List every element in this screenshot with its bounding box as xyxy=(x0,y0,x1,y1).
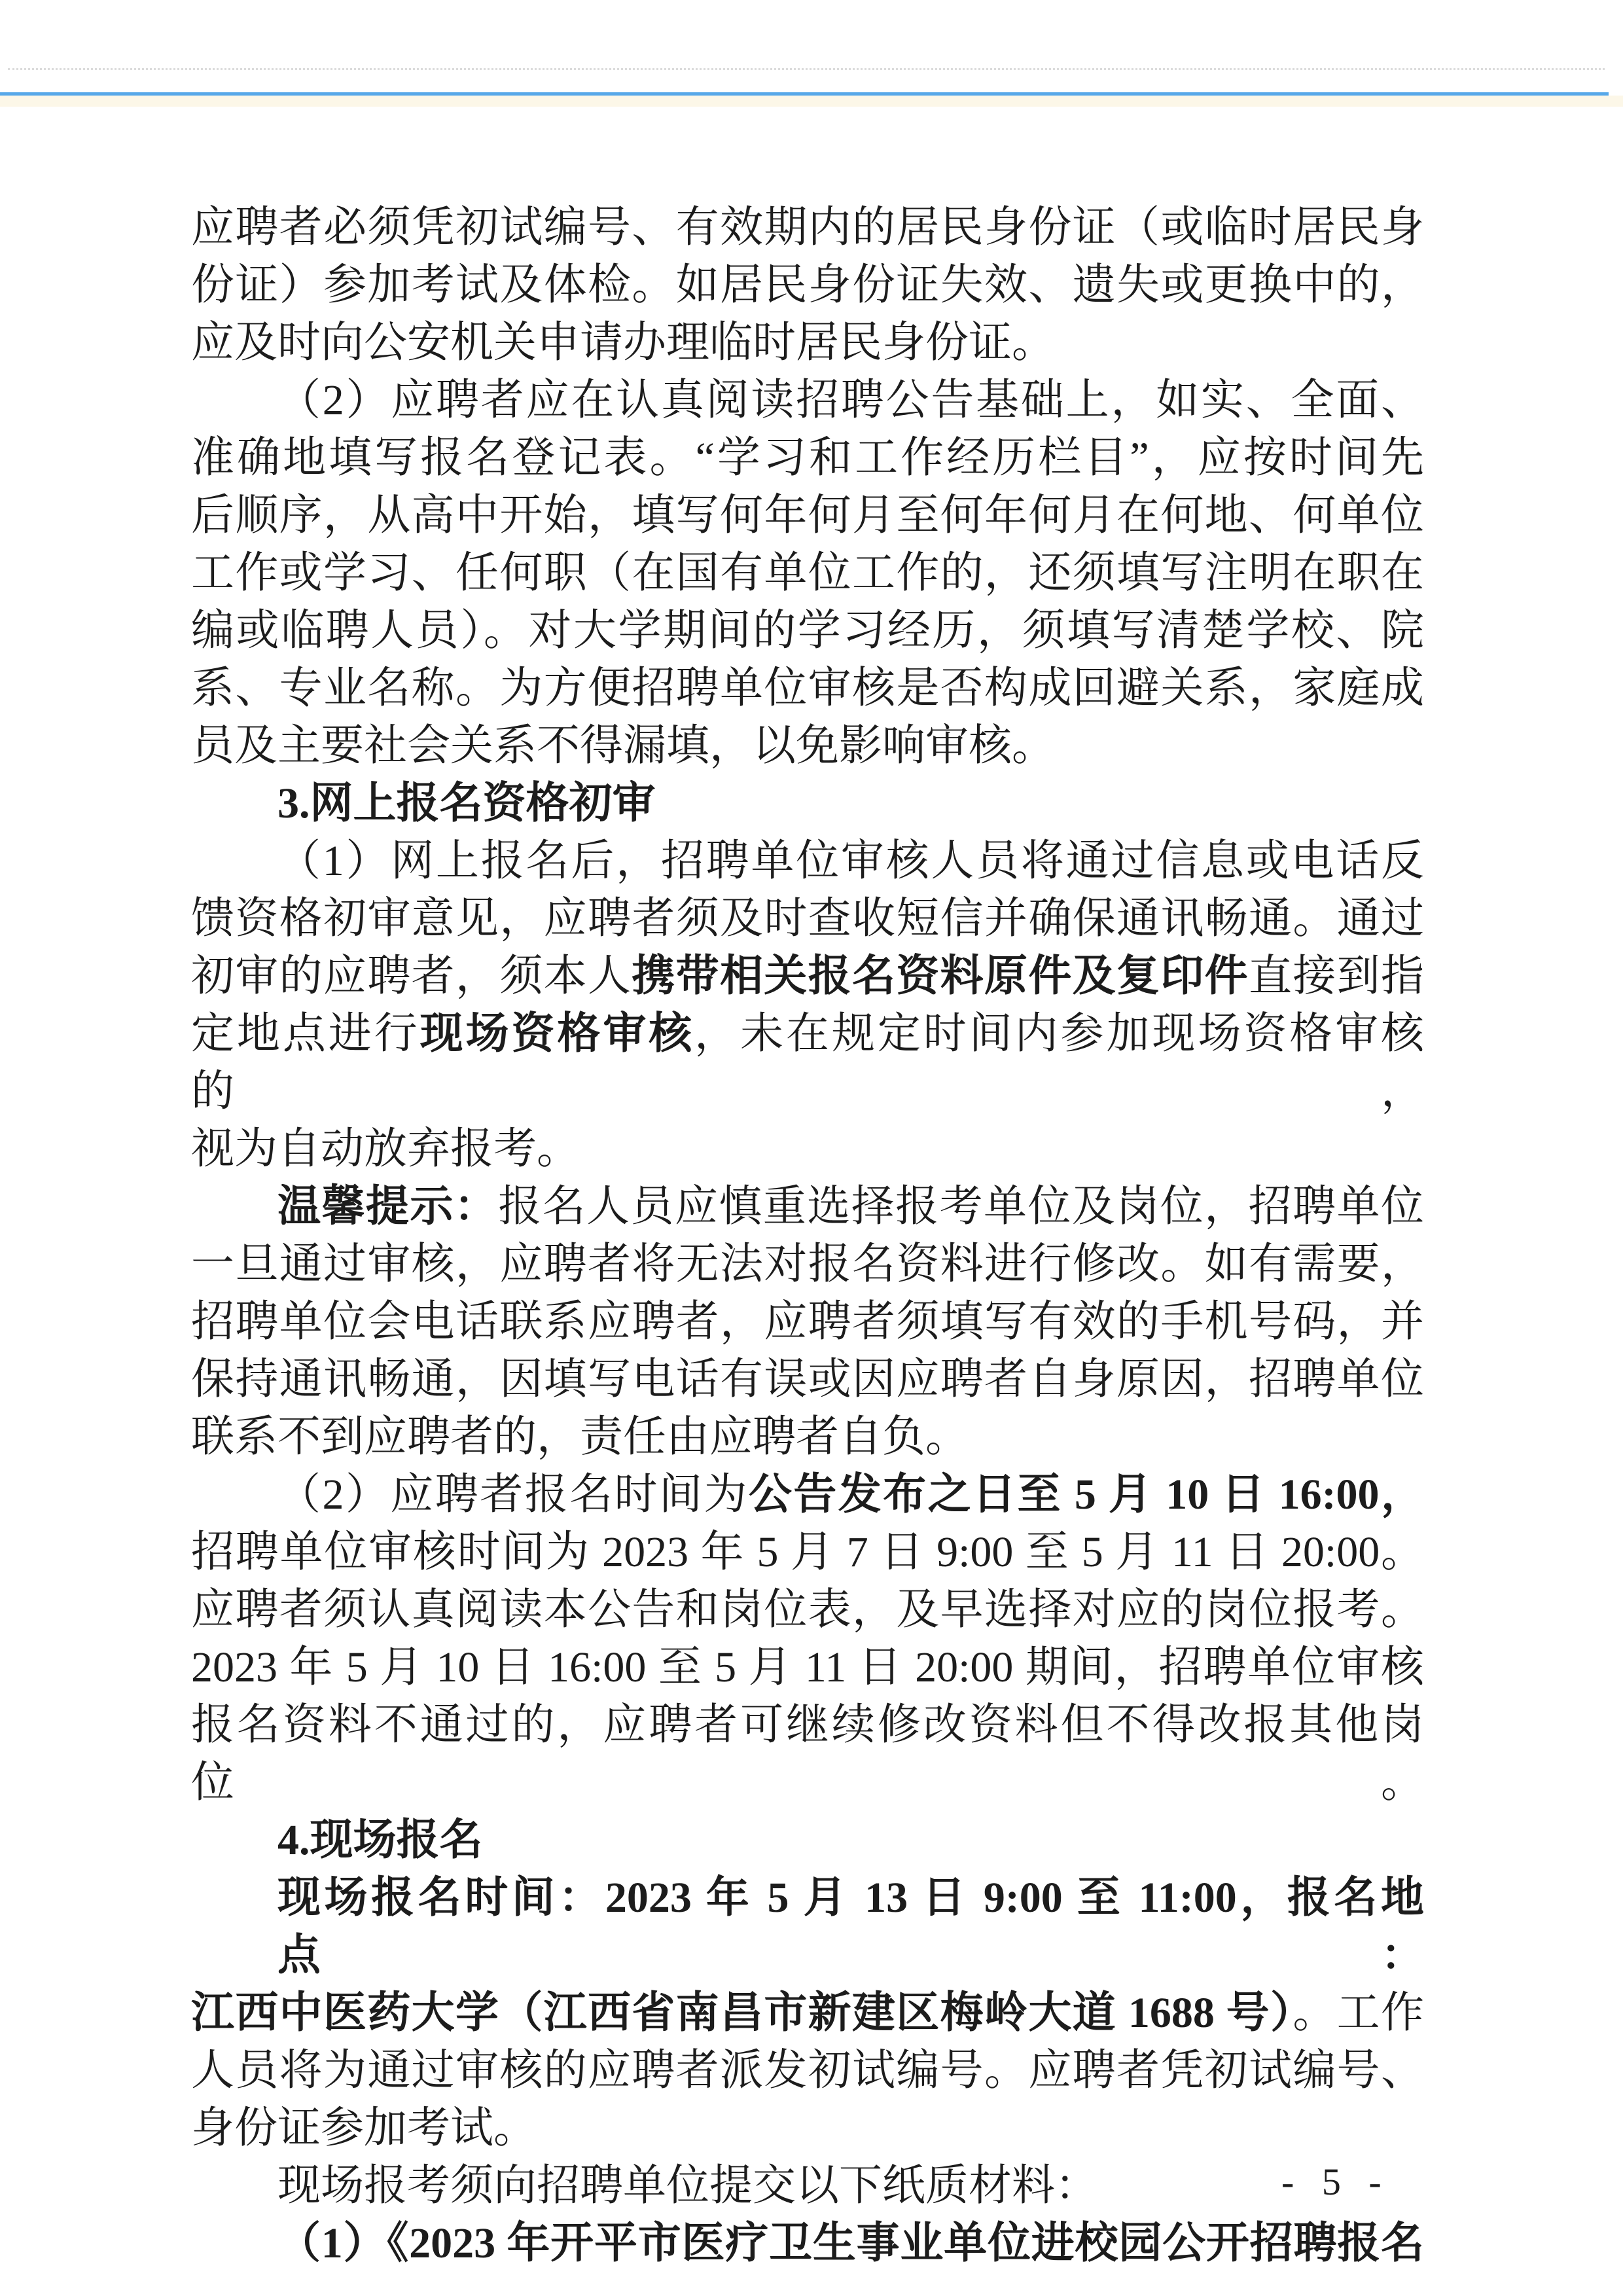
text-run: 联系不到应聘者的，责任由应聘者自负。 xyxy=(191,1413,969,1461)
text-line: 定地点进行现场资格审核，未在规定时间内参加现场资格审核的， xyxy=(191,1005,1424,1121)
text-line: 馈资格初审意见，应聘者须及时查收短信并确保通讯畅通。通过 xyxy=(191,890,1424,948)
text-line: 员及主要社会关系不得漏填，以免影响审核。 xyxy=(191,717,1424,775)
bold-text-run: 4.现场报名 xyxy=(277,1816,483,1864)
text-run: 应聘者必须凭初试编号、有效期内的居民身份证（或临时居民身 xyxy=(191,204,1424,251)
text-line: 应及时向公安机关申请办理临时居民身份证。 xyxy=(191,314,1424,372)
text-line: 编或临聘人员）。对大学期间的学习经历，须填写清楚学校、院 xyxy=(191,602,1424,660)
text-run: 。工作 xyxy=(1293,1989,1424,2037)
page-number: - 5 - xyxy=(1281,2161,1391,2203)
text-line: 保持通讯畅通，因填写电话有误或因应聘者自身原因，招聘单位 xyxy=(191,1351,1424,1408)
text-line: 系、专业名称。为方便招聘单位审核是否构成回避关系，家庭成 xyxy=(191,660,1424,717)
text-line: 温馨提示：报名人员应慎重选择报考单位及岗位，招聘单位 xyxy=(191,1178,1424,1236)
text-run: （2）应聘者应在认真阅读招聘公告基础上，如实、全面、 xyxy=(277,376,1424,424)
text-run: 份证）参加考试及体检。如居民身份证失效、遗失或更换中的， xyxy=(191,261,1424,309)
text-run: 定地点进行 xyxy=(191,1010,420,1058)
text-run: 2023 年 5 月 10 日 16:00 至 5 月 11 日 20:00 期… xyxy=(191,1643,1424,1691)
text-line: 初审的应聘者，须本人携带相关报名资料原件及复印件直接到指 xyxy=(191,948,1424,1005)
bold-text-run: 温馨提示： xyxy=(277,1183,498,1230)
bold-text-run: （1）《2023 年开平市医疗卫生事业单位进校园公开招聘报名 xyxy=(277,2219,1424,2267)
text-line: 3.网上报名资格初审 xyxy=(191,775,1424,833)
text-line: 现场报名时间：2023 年 5 月 13 日 9:00 至 11:00，报名地点… xyxy=(191,1869,1424,1984)
text-line: 2023 年 5 月 10 日 16:00 至 5 月 11 日 20:00 期… xyxy=(191,1639,1424,1696)
text-line: 招聘单位审核时间为 2023 年 5 月 7 日 9:00 至 5 月 11 日… xyxy=(191,1524,1424,1581)
text-line: 一旦通过审核，应聘者将无法对报名资料进行修改。如有需要， xyxy=(191,1236,1424,1293)
text-line: 工作或学习、任何职（在国有单位工作的，还须填写注明在职在 xyxy=(191,545,1424,602)
text-line: 现场报考须向招聘单位提交以下纸质材料： xyxy=(191,2157,1424,2215)
text-line: 联系不到应聘者的，责任由应聘者自负。 xyxy=(191,1408,1424,1466)
text-run: 报名人员应慎重选择报考单位及岗位，招聘单位 xyxy=(498,1183,1424,1230)
text-run: 人员将为通过审核的应聘者派发初试编号。应聘者凭初试编号、 xyxy=(191,2047,1424,2094)
text-line: 后顺序，从高中开始，填写何年何月至何年何月在何地、何单位 xyxy=(191,487,1424,545)
scanned-page: 应聘者必须凭初试编号、有效期内的居民身份证（或临时居民身份证）参加考试及体检。如… xyxy=(0,0,1623,2296)
text-run: 准确地填写报名登记表。“学习和工作经历栏目”，应按时间先 xyxy=(191,434,1424,482)
text-line: （2）应聘者应在认真阅读招聘公告基础上，如实、全面、 xyxy=(191,372,1424,429)
text-run: 工作或学习、任何职（在国有单位工作的，还须填写注明在职在 xyxy=(191,549,1424,597)
bold-text-run: 公告发布之日至 5 月 10 日 16:00， xyxy=(749,1471,1424,1518)
text-run: 编或临聘人员）。对大学期间的学习经历，须填写清楚学校、院 xyxy=(191,607,1424,655)
text-line: （1）网上报名后，招聘单位审核人员将通过信息或电话反 xyxy=(191,833,1424,890)
text-line: 应聘者必须凭初试编号、有效期内的居民身份证（或临时居民身 xyxy=(191,199,1424,257)
text-run: 招聘单位会电话联系应聘者，应聘者须填写有效的手机号码，并 xyxy=(191,1298,1424,1346)
text-run: 初审的应聘者，须本人 xyxy=(191,952,632,1000)
text-line: 招聘单位会电话联系应聘者，应聘者须填写有效的手机号码，并 xyxy=(191,1293,1424,1351)
text-line: 报名资料不通过的，应聘者可继续修改资料但不得改报其他岗位。 xyxy=(191,1696,1424,1812)
text-run: 身份证参加考试。 xyxy=(191,2104,537,2152)
text-line: （1）《2023 年开平市医疗卫生事业单位进校园公开招聘报名 xyxy=(191,2215,1424,2272)
text-run: 报名资料不通过的，应聘者可继续修改资料但不得改报其他岗位。 xyxy=(191,1701,1424,1806)
bold-text-run: 江西中医药大学（江西省南昌市新建区梅岭大道 1688 号） xyxy=(191,1989,1293,2037)
text-line: 身份证参加考试。 xyxy=(191,2100,1424,2157)
text-run: 保持通讯畅通，因填写电话有误或因应聘者自身原因，招聘单位 xyxy=(191,1355,1424,1403)
bold-text-run: 携带相关报名资料原件及复印件 xyxy=(632,952,1249,1000)
text-run: 馈资格初审意见，应聘者须及时查收短信并确保通讯畅通。通过 xyxy=(191,895,1424,942)
bold-text-run: 3.网上报名资格初审 xyxy=(277,780,656,827)
text-run: 招聘单位审核时间为 2023 年 5 月 7 日 9:00 至 5 月 11 日… xyxy=(191,1528,1424,1576)
text-line: 准确地填写报名登记表。“学习和工作经历栏目”，应按时间先 xyxy=(191,429,1424,487)
text-run: 直接到指 xyxy=(1249,952,1424,1000)
text-run: 视为自动放弃报考。 xyxy=(191,1125,580,1173)
text-run: 现场报考须向招聘单位提交以下纸质材料： xyxy=(277,2162,1098,2210)
text-run: 员及主要社会关系不得漏填，以免影响审核。 xyxy=(191,722,1055,770)
text-run: 应及时向公安机关申请办理临时居民身份证。 xyxy=(191,319,1055,367)
bold-text-run: 现场资格审核 xyxy=(420,1010,695,1058)
text-run: （2）应聘者报名时间为 xyxy=(277,1471,749,1518)
scan-noise-divider xyxy=(8,68,1605,70)
text-line: 人员将为通过审核的应聘者派发初试编号。应聘者凭初试编号、 xyxy=(191,2042,1424,2100)
text-line: 份证）参加考试及体检。如居民身份证失效、遗失或更换中的， xyxy=(191,257,1424,314)
text-run: （1）网上报名后，招聘单位审核人员将通过信息或电话反 xyxy=(277,837,1424,885)
text-run: 应聘者须认真阅读本公告和岗位表，及早选择对应的岗位报考。 xyxy=(191,1586,1424,1634)
bold-text-run: 现场报名时间：2023 年 5 月 13 日 9:00 至 11:00，报名地点… xyxy=(277,1874,1424,1979)
text-run: 系、专业名称。为方便招聘单位审核是否构成回避关系，家庭成 xyxy=(191,664,1424,712)
document-body: 应聘者必须凭初试编号、有效期内的居民身份证（或临时居民身份证）参加考试及体检。如… xyxy=(191,199,1424,2272)
text-run: 一旦通过审核，应聘者将无法对报名资料进行修改。如有需要， xyxy=(191,1240,1424,1288)
text-run: 后顺序，从高中开始，填写何年何月至何年何月在何地、何单位 xyxy=(191,492,1424,539)
text-line: （2）应聘者报名时间为公告发布之日至 5 月 10 日 16:00， xyxy=(191,1466,1424,1524)
text-line: 4.现场报名 xyxy=(191,1812,1424,1869)
header-band-cream xyxy=(0,96,1623,107)
text-line: 江西中医药大学（江西省南昌市新建区梅岭大道 1688 号）。工作 xyxy=(191,1984,1424,2042)
text-line: 视为自动放弃报考。 xyxy=(191,1121,1424,1178)
text-line: 应聘者须认真阅读本公告和岗位表，及早选择对应的岗位报考。 xyxy=(191,1581,1424,1639)
